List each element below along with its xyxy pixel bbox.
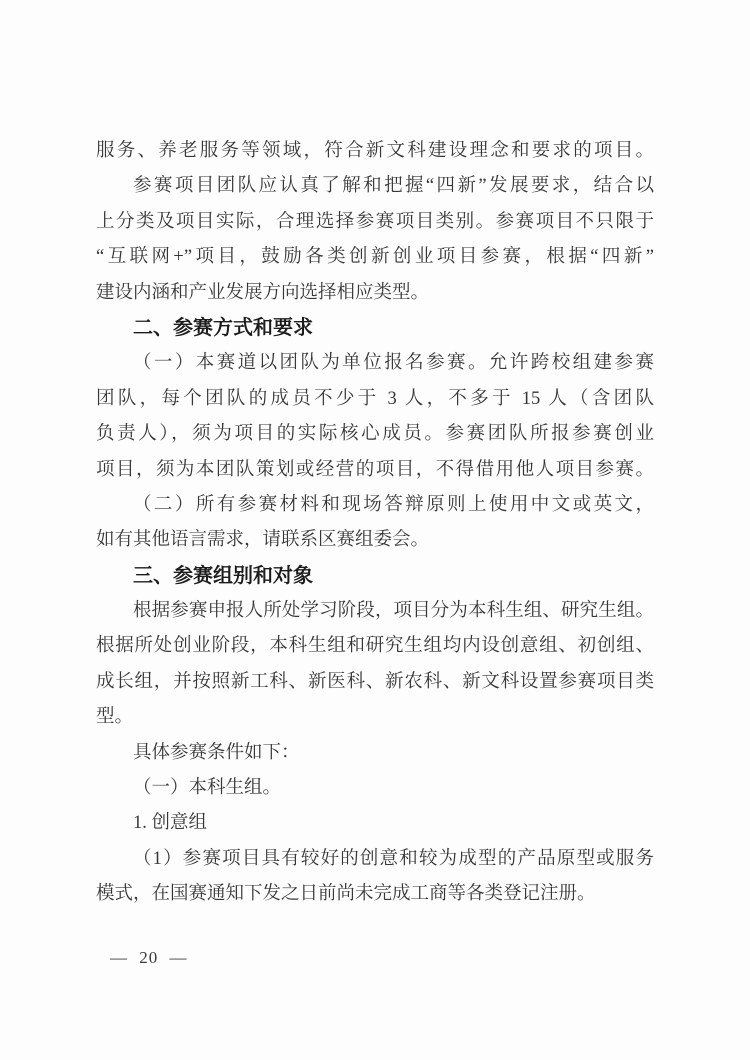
text-line: （二）所有参赛材料和现场答辩原则上使用中文或英文， [96, 488, 654, 523]
text-line: （一）本科生组。 [96, 771, 654, 806]
text-line: 具体参赛条件如下： [96, 736, 654, 771]
text-line: 项目，须为本团队策划或经营的项目，不得借用他人项目参赛。 [96, 453, 654, 488]
text-line: 根据所处创业阶段，本科生组和研究生组均内设创意组、初创组、 [96, 629, 654, 664]
text-line: 1. 创意组 [96, 806, 654, 841]
text-line: 服务、养老服务等领域，符合新文科建设理念和要求的项目。 [96, 134, 654, 169]
text-line: 上分类及项目实际，合理选择参赛项目类别。参赛项目不只限于 [96, 205, 654, 240]
text-line: （1）参赛项目具有较好的创意和较为成型的产品原型或服务 [96, 842, 654, 877]
text-line: 如有其他语言需求，请联系区赛组委会。 [96, 523, 654, 558]
text-line: “互联网+”项目，鼓励各类创新创业项目参赛，根据“四新” [96, 240, 654, 275]
document-page: 服务、养老服务等领域，符合新文科建设理念和要求的项目。参赛项目团队应认真了解和把… [0, 0, 750, 1060]
document-body: 服务、养老服务等领域，符合新文科建设理念和要求的项目。参赛项目团队应认真了解和把… [96, 134, 654, 913]
text-line: 模式，在国赛通知下发之日前尚未完成工商等各类登记注册。 [96, 877, 654, 912]
text-line: 型。 [96, 700, 654, 735]
section-heading: 二、参赛方式和要求 [96, 311, 654, 346]
text-line: 根据参赛申报人所处学习阶段，项目分为本科生组、研究生组。 [96, 594, 654, 629]
section-heading: 三、参赛组别和对象 [96, 559, 654, 594]
text-line: 负责人），须为项目的实际核心成员。参赛团队所报参赛创业 [96, 417, 654, 452]
text-line: （一）本赛道以团队为单位报名参赛。允许跨校组建参赛 [96, 346, 654, 381]
text-line: 团队，每个团队的成员不少于 3 人，不多于 15 人（含团队 [96, 382, 654, 417]
page-number: — 20 — [110, 944, 188, 972]
text-line: 建设内涵和产业发展方向选择相应类型。 [96, 276, 654, 311]
text-line: 成长组，并按照新工科、新医科、新农科、新文科设置参赛项目类 [96, 665, 654, 700]
text-line: 参赛项目团队应认真了解和把握“四新”发展要求，结合以 [96, 169, 654, 204]
